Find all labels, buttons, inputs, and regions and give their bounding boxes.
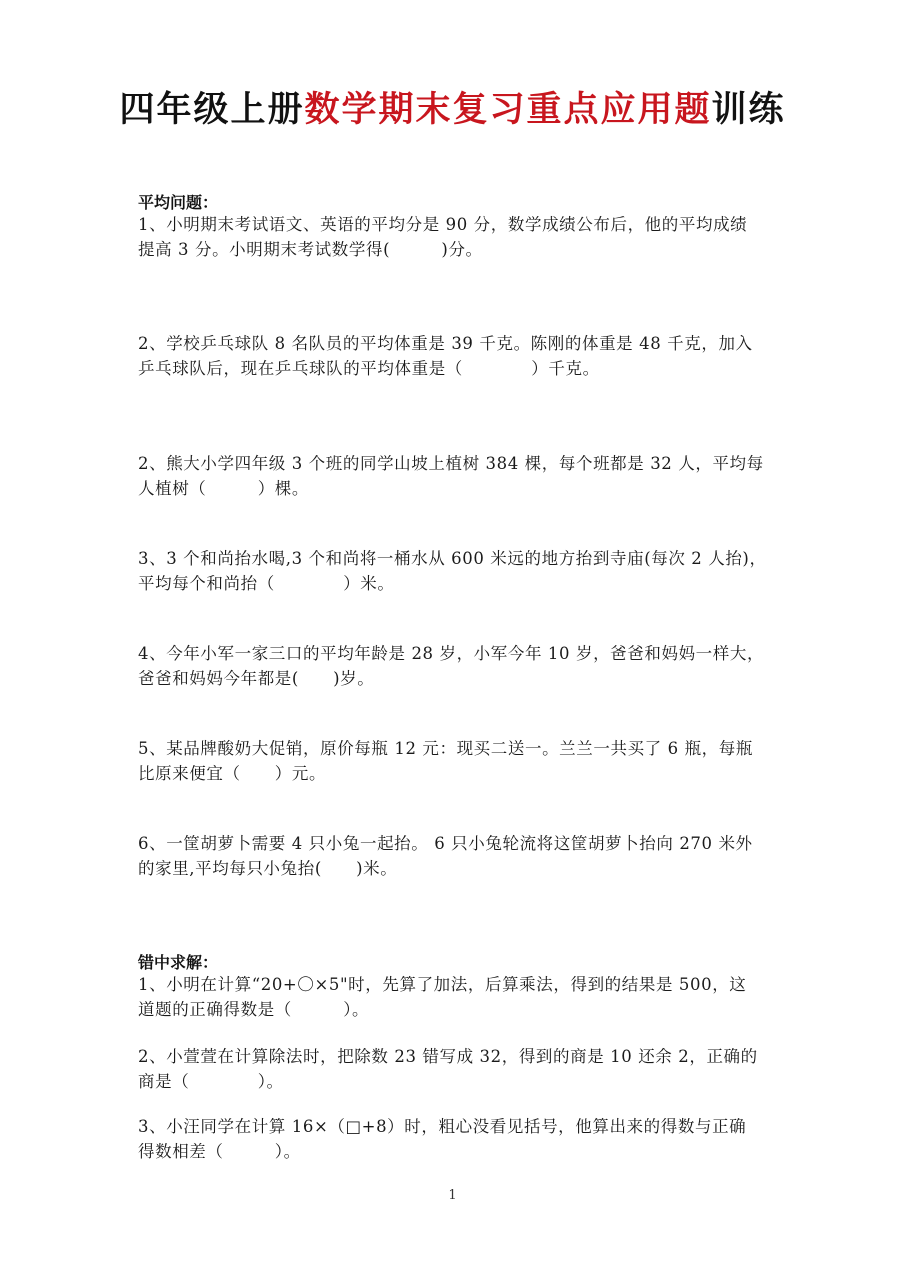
question-line: 爸爸和妈妈今年都是( )岁。 xyxy=(138,666,778,691)
question-item: 5、某品牌酸奶大促销，原价每瓶 12 元：现买二送一。兰兰一共买了 6 瓶，每瓶… xyxy=(138,736,778,786)
question-line: 1、小明在计算“20+〇×5"时，先算了加法，后算乘法，得到的结果是 500，这 xyxy=(138,972,778,997)
title-highlight: 数学期末复习重点应用题 xyxy=(304,90,711,130)
question-line: 提高 3 分。小明期末考试数学得( )分。 xyxy=(138,237,778,262)
question-item: 3、3 个和尚抬水喝,3 个和尚将一桶水从 600 米远的地方抬到寺庙(每次 2… xyxy=(138,546,778,596)
title-prefix: 四年级上册 xyxy=(119,90,304,130)
question-item: 6、一筐胡萝卜需要 4 只小兔一起抬。 6 只小兔轮流将这筐胡萝卜抬向 270 … xyxy=(138,831,778,881)
section-heading-error-solving: 错中求解： xyxy=(138,950,218,973)
title-suffix: 训练 xyxy=(712,90,786,130)
question-item: 4、今年小军一家三口的平均年龄是 28 岁，小军今年 10 岁，爸爸和妈妈一样大… xyxy=(138,641,778,691)
question-line: 3、3 个和尚抬水喝,3 个和尚将一桶水从 600 米远的地方抬到寺庙(每次 2… xyxy=(138,546,778,571)
question-line: 1、小明期末考试语文、英语的平均分是 90 分，数学成绩公布后，他的平均成绩 xyxy=(138,212,778,237)
question-line: 2、小萱萱在计算除法时，把除数 23 错写成 32，得到的商是 10 还余 2，… xyxy=(138,1044,778,1069)
question-item: 1、小明在计算“20+〇×5"时，先算了加法，后算乘法，得到的结果是 500，这… xyxy=(138,972,778,1022)
question-line: 2、熊大小学四年级 3 个班的同学山坡上植树 384 棵，每个班都是 32 人，… xyxy=(138,451,778,476)
question-item: 2、学校乒乓球队 8 名队员的平均体重是 39 千克。陈刚的体重是 48 千克，… xyxy=(138,331,778,381)
question-line: 6、一筐胡萝卜需要 4 只小兔一起抬。 6 只小兔轮流将这筐胡萝卜抬向 270 … xyxy=(138,831,778,856)
question-item: 1、小明期末考试语文、英语的平均分是 90 分，数学成绩公布后，他的平均成绩 提… xyxy=(138,212,778,262)
question-line: 乒乓球队后，现在乒乓球队的平均体重是（ ）千克。 xyxy=(138,356,778,381)
question-line: 5、某品牌酸奶大促销，原价每瓶 12 元：现买二送一。兰兰一共买了 6 瓶，每瓶 xyxy=(138,736,778,761)
page-title: 四年级上册数学期末复习重点应用题训练 xyxy=(0,82,905,132)
question-line: 得数相差（ ）。 xyxy=(138,1139,778,1164)
question-line: 人植树（ ）棵。 xyxy=(138,476,778,501)
question-line: 平均每个和尚抬（ ）米。 xyxy=(138,571,778,596)
question-item: 2、熊大小学四年级 3 个班的同学山坡上植树 384 棵，每个班都是 32 人，… xyxy=(138,451,778,501)
section-heading-average: 平均问题： xyxy=(138,190,218,213)
question-line: 4、今年小军一家三口的平均年龄是 28 岁，小军今年 10 岁，爸爸和妈妈一样大… xyxy=(138,641,778,666)
question-line: 的家里,平均每只小兔抬( )米。 xyxy=(138,856,778,881)
question-line: 3、小汪同学在计算 16×（□+8）时，粗心没看见括号，他算出来的得数与正确 xyxy=(138,1114,778,1139)
question-item: 2、小萱萱在计算除法时，把除数 23 错写成 32，得到的商是 10 还余 2，… xyxy=(138,1044,778,1094)
question-line: 2、学校乒乓球队 8 名队员的平均体重是 39 千克。陈刚的体重是 48 千克，… xyxy=(138,331,778,356)
question-line: 道题的正确得数是（ ）。 xyxy=(138,997,778,1022)
question-item: 3、小汪同学在计算 16×（□+8）时，粗心没看见括号，他算出来的得数与正确 得… xyxy=(138,1114,778,1164)
question-line: 比原来便宜（ ）元。 xyxy=(138,761,778,786)
page-number: 1 xyxy=(0,1188,905,1203)
question-line: 商是（ ）。 xyxy=(138,1069,778,1094)
